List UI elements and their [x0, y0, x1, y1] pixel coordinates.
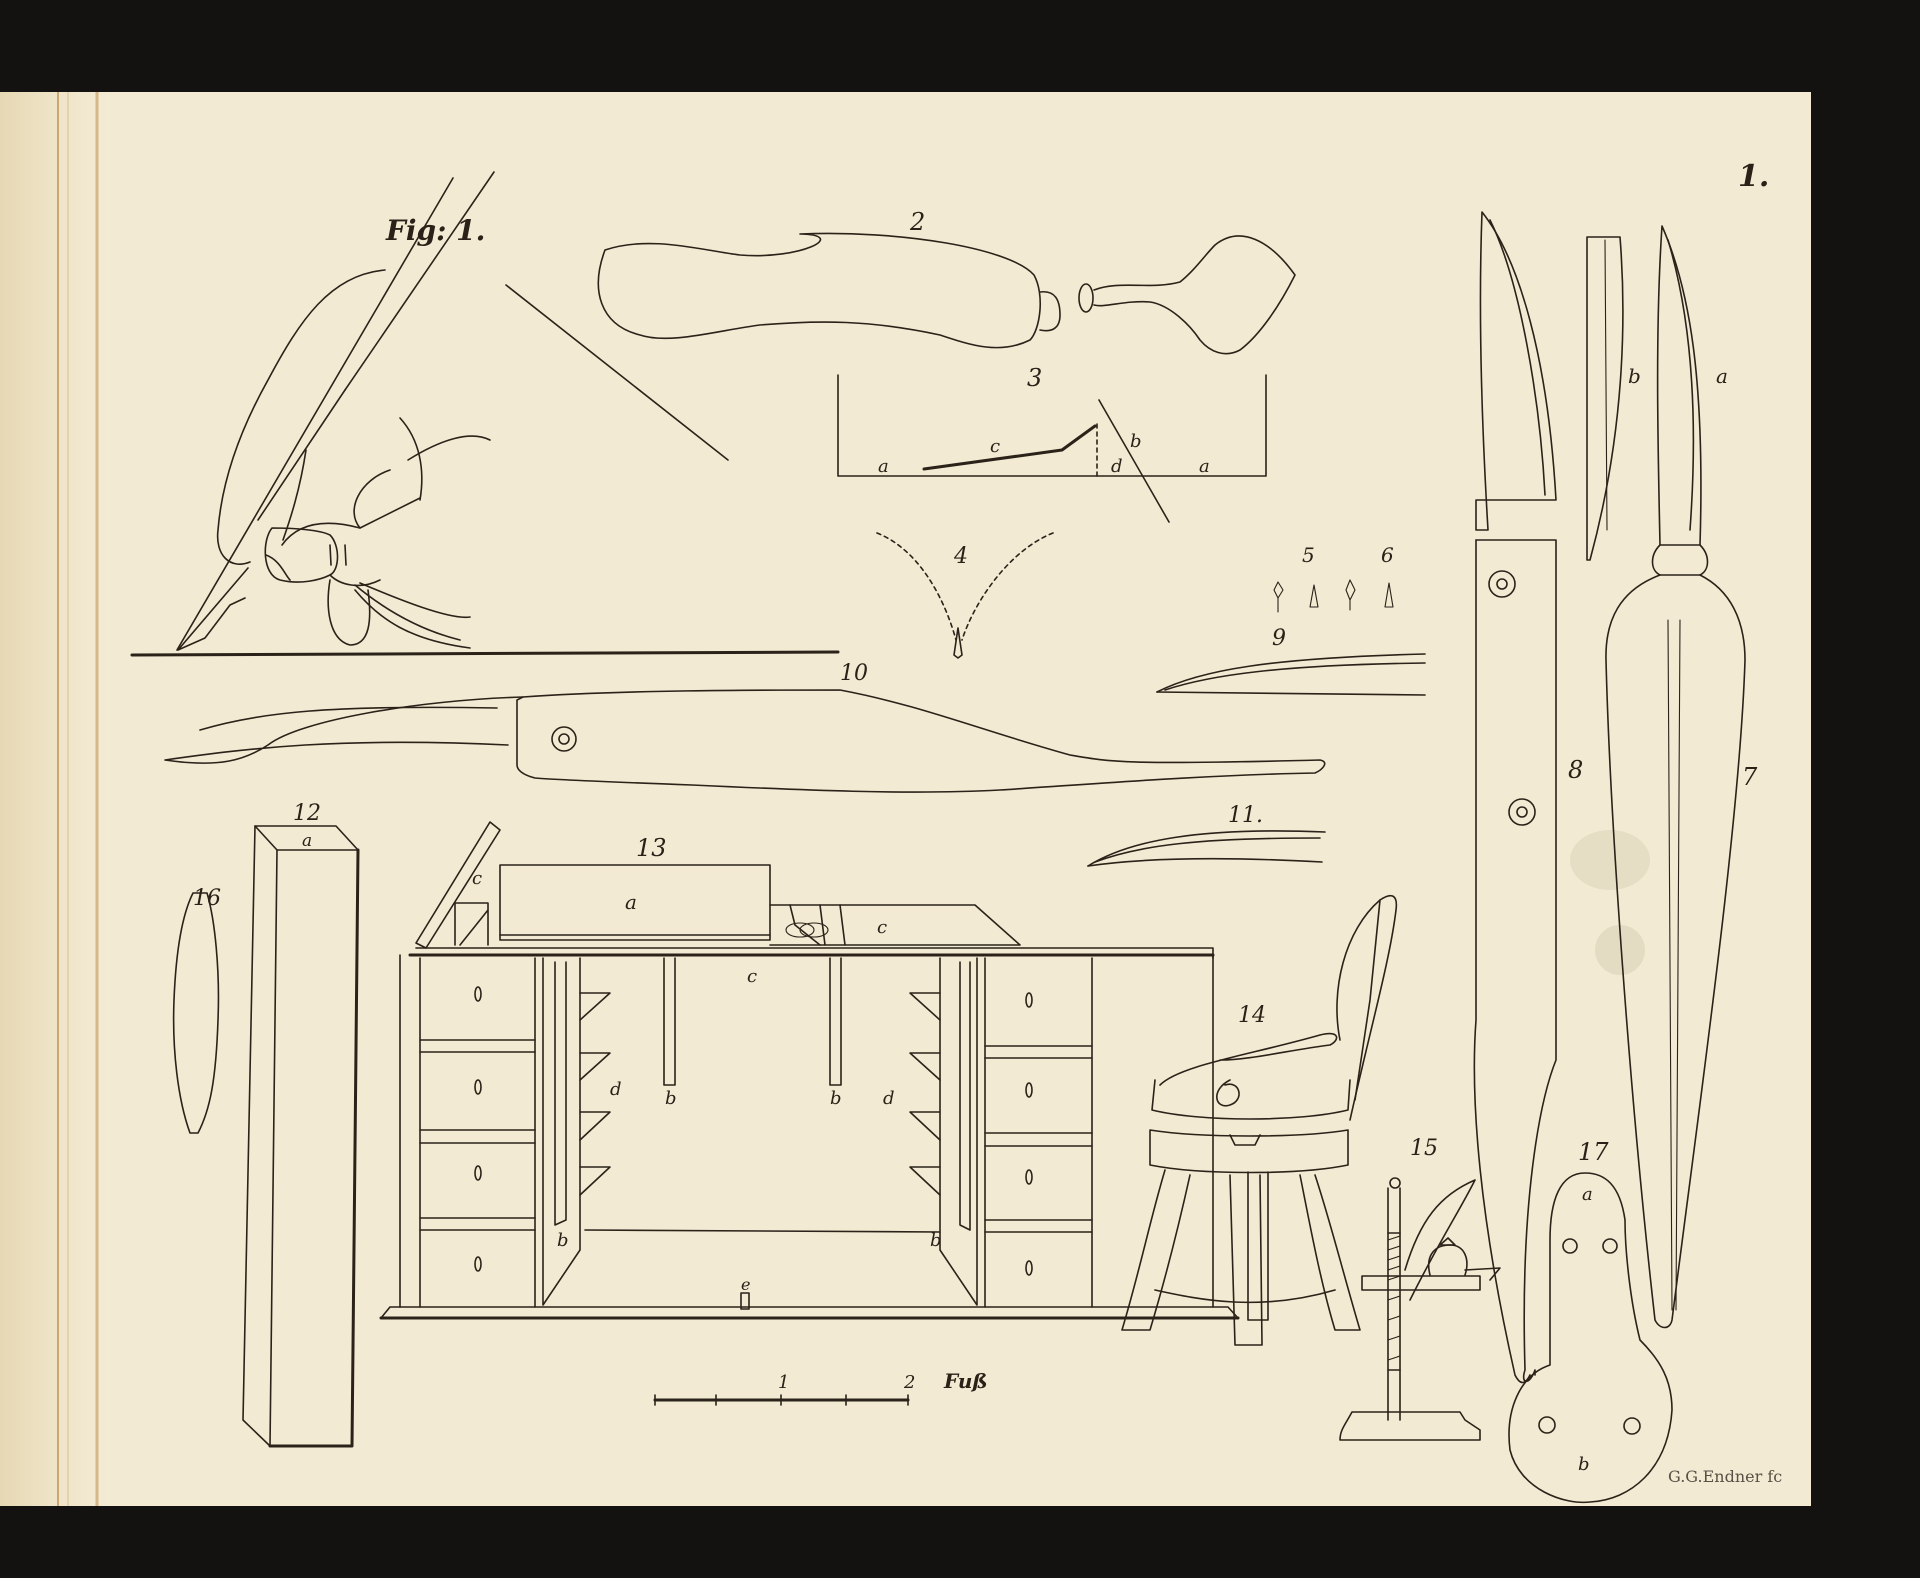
fig13-part-c-center: c: [747, 966, 757, 987]
fig7-part-a: a: [1716, 364, 1728, 388]
fig10-label: 10: [840, 661, 868, 686]
plate-number: 1.: [1738, 159, 1769, 194]
fig13-part-a: a: [625, 890, 637, 914]
fig14-label: 14: [1238, 1003, 1266, 1028]
fig11-label: 11.: [1228, 803, 1263, 828]
fig13-part-c-right: c: [877, 917, 887, 938]
fig13-part-d-left: d: [610, 1079, 622, 1100]
fig9-label: 9: [1272, 626, 1286, 651]
fig17-part-a: a: [1582, 1184, 1593, 1205]
scale-bar-unit: Fuß: [943, 1369, 988, 1393]
fig3-label: 3: [1027, 364, 1042, 392]
scale-bar-tick-1: 1: [778, 1372, 789, 1393]
fig13-part-b-right-inner: b: [830, 1088, 842, 1109]
engraved-plate: 1. Fig: 1. 2 3: [0, 0, 1920, 1578]
engraver-signature: G.G.Endner fc: [1668, 1467, 1782, 1486]
fig15-label: 15: [1410, 1136, 1438, 1161]
fig12-label: 12: [293, 801, 321, 826]
fig8-part-b: b: [1628, 364, 1641, 388]
scale-bar-tick-2: 2: [903, 1372, 915, 1393]
fig13-part-b-right-board: b: [930, 1230, 942, 1251]
fig13-part-b-left-board: b: [557, 1230, 569, 1251]
fig5-label: 5: [1302, 543, 1315, 567]
fig17-label: 17: [1578, 1138, 1609, 1166]
fig6-label: 6: [1381, 543, 1394, 567]
fig3-part-a-right: a: [1199, 456, 1210, 477]
fig1-title: Fig: 1.: [385, 214, 485, 247]
fig17-part-b: b: [1578, 1454, 1590, 1475]
fig7-label: 7: [1742, 763, 1758, 791]
fig3-part-d: d: [1111, 456, 1123, 477]
fig16-label: 16: [193, 886, 221, 911]
fig4-label: 4: [953, 544, 968, 569]
fig13-part-b-left-inner: b: [665, 1088, 677, 1109]
fig3-part-b: b: [1130, 431, 1142, 452]
fig13-part-c-left: c: [472, 868, 482, 889]
fig13-part-d-right: d: [883, 1088, 895, 1109]
fig8-label: 8: [1568, 756, 1583, 784]
fig2-label: 2: [909, 208, 925, 236]
fig13-part-e: e: [741, 1275, 750, 1294]
fig13-label: 13: [636, 834, 667, 862]
fig12-part-a: a: [302, 831, 312, 851]
fig3-part-c: c: [990, 436, 1000, 457]
fig3-part-a-left: a: [878, 456, 889, 477]
